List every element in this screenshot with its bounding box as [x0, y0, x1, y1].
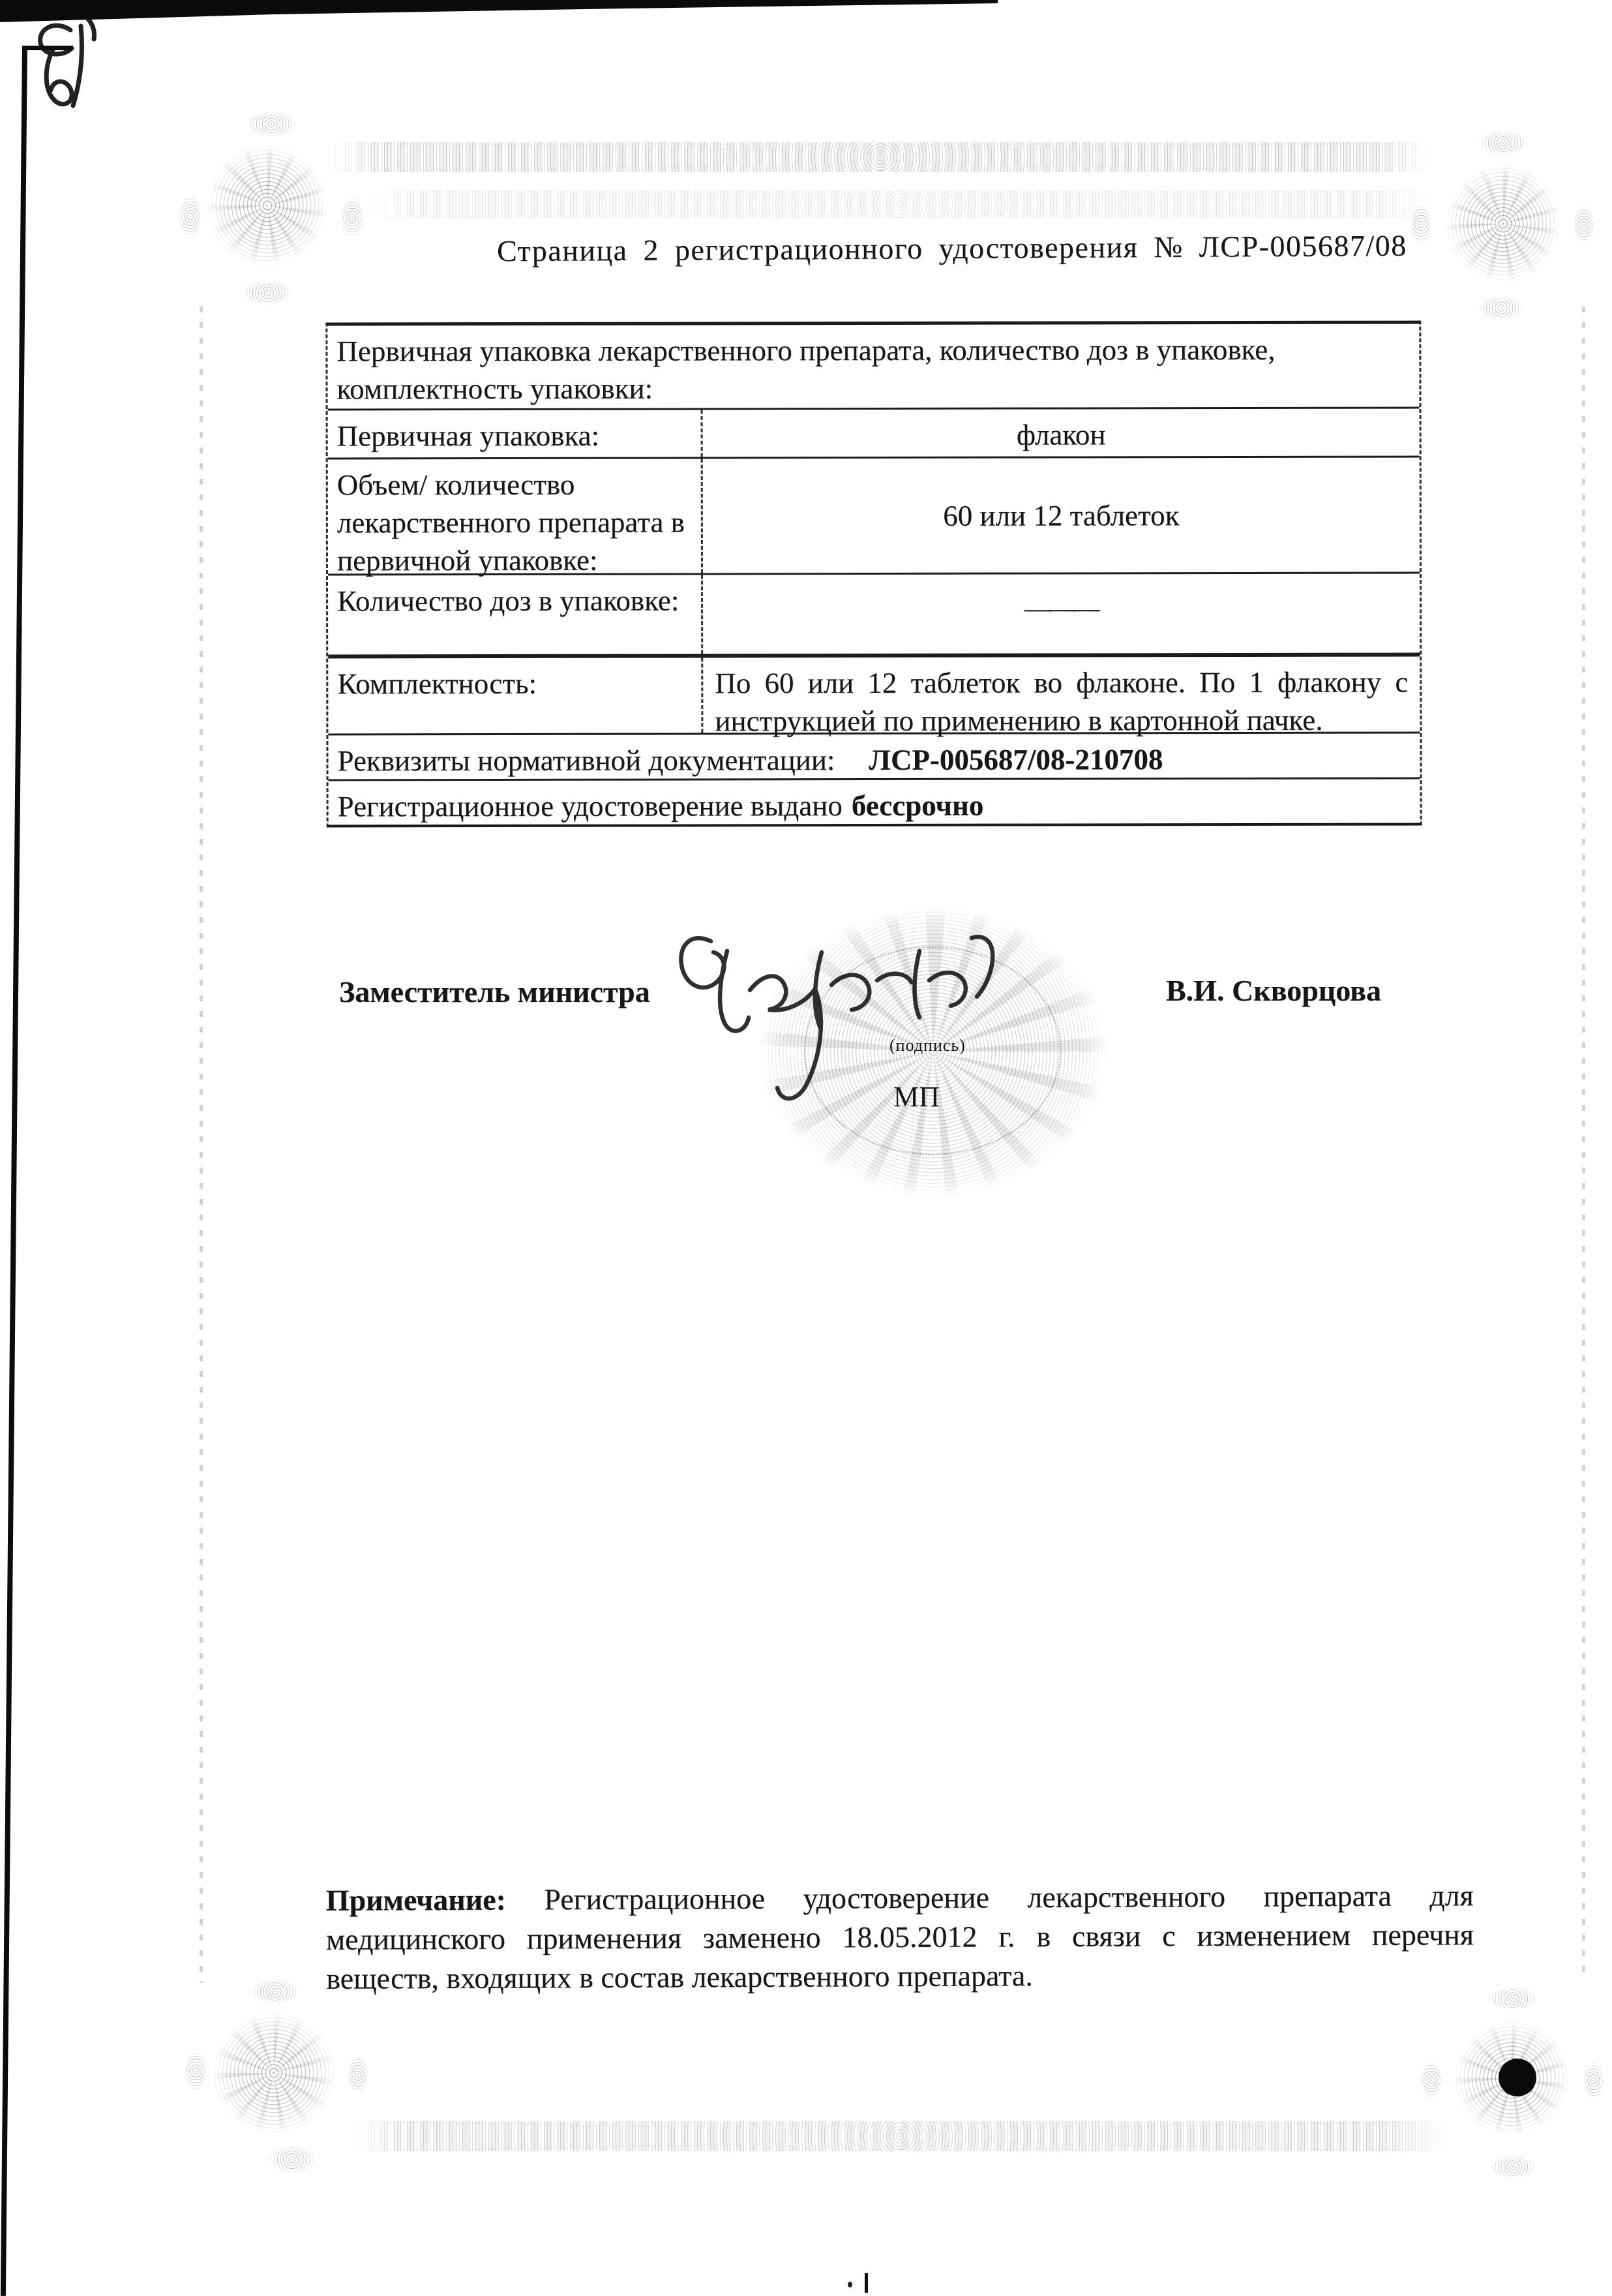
rosette-ornament-top-right	[1441, 160, 1565, 288]
validity-term: бессрочно	[852, 789, 984, 822]
note-line: медицинского применения заменено 18.05.2…	[326, 1915, 1474, 1959]
rosette-satellite	[243, 110, 300, 138]
table-row: Первичная упаковка: флакон	[328, 409, 1420, 460]
table-cell-value: По 60 или 12 таблеток во флаконе. По 1 ф…	[703, 657, 1420, 733]
scan-edge-artifact-left	[1, 46, 27, 2296]
table-cell-inline: Регистрационное удостоверение выданобесс…	[329, 779, 1420, 825]
table-cell-label: Первичная упаковка лекарственного препар…	[327, 324, 1419, 409]
signature-caption: (подпись)	[889, 1036, 966, 1055]
rosette-satellite	[183, 2048, 209, 2094]
rosette-satellite	[1475, 129, 1531, 157]
signature-scribble	[665, 912, 1030, 1127]
signatory-title: Заместитель министра	[339, 974, 650, 1009]
rosette-ornament-top-left	[202, 140, 333, 271]
guilloche-band-bottom	[352, 2121, 1448, 2151]
table-cell-value: 60 или 12 таблеток	[703, 458, 1420, 573]
rosette-satellite	[1419, 2059, 1444, 2102]
scan-edge-artifact-top	[0, 0, 998, 23]
scan-speck	[848, 2282, 852, 2288]
rosette-satellite	[1475, 295, 1527, 321]
page-title: Страница 2 регистрационного удостоверени…	[497, 228, 1407, 269]
table-cell-value-dash: ———	[703, 574, 1420, 654]
table-cell-value: флакон	[703, 409, 1420, 457]
rosette-satellite	[346, 2053, 370, 2095]
packaging-table: Первичная упаковка лекарственного препар…	[325, 321, 1422, 828]
signatory-name: В.И. Скворцова	[1166, 973, 1381, 1008]
guilloche-line-left	[200, 307, 203, 1983]
table-cell-label: Первичная упаковка:	[328, 410, 703, 457]
table-cell-label: Реквизиты нормативной документации:	[337, 744, 835, 777]
table-row: Реквизиты нормативной документации:ЛСР-0…	[328, 734, 1420, 781]
scanned-certificate-page: Страница 2 регистрационного удостоверени…	[0, 0, 1612, 2296]
note-line: веществ, входящих в состав лекарственног…	[326, 1954, 1474, 1999]
table-row: Объем/ количество лекарственного препара…	[328, 458, 1420, 576]
rosette-satellite	[339, 194, 365, 240]
table-cell-inline: Реквизиты нормативной документации:ЛСР-0…	[328, 734, 1420, 779]
rosette-satellite	[248, 1978, 303, 2005]
table-cell-label: Регистрационное удостоверение выдано	[338, 789, 843, 823]
table-cell-label: Комплектность:	[328, 657, 703, 733]
rosette-satellite	[240, 279, 295, 307]
guilloche-line-right	[1582, 307, 1585, 1976]
note-line: Примечание: Регистрационное удостоверени…	[326, 1876, 1474, 1920]
rosette-satellite	[1582, 2060, 1605, 2102]
note-label: Примечание:	[326, 1883, 506, 1917]
table-cell-label: Количество доз в упаковке:	[328, 575, 703, 654]
scan-speck	[865, 2273, 868, 2293]
seal-center-dot	[1499, 2059, 1536, 2096]
handwritten-mark	[25, 14, 110, 119]
seal-place-caption: МП	[893, 1080, 940, 1113]
rosette-satellite	[1572, 204, 1596, 247]
guilloche-band-top	[329, 142, 1431, 172]
rosette-satellite	[266, 2145, 318, 2175]
rosette-satellite	[1487, 2154, 1539, 2180]
table-cell-label: Объем/ количество лекарственного препара…	[328, 459, 703, 573]
regulatory-doc-number: ЛСР-005687/08-210708	[869, 743, 1163, 776]
rosette-satellite	[177, 192, 203, 241]
note-text: Регистрационное удостоверение лекарствен…	[544, 1879, 1474, 1916]
table-row: Комплектность: По 60 или 12 таблеток во …	[328, 657, 1420, 736]
table-row: Регистрационное удостоверение выданобесс…	[329, 779, 1420, 825]
rosette-satellite	[1485, 1986, 1540, 2012]
rosette-ornament-bottom-left	[207, 2008, 340, 2138]
table-row: Первичная упаковка лекарственного препар…	[327, 324, 1419, 411]
table-row: Количество доз в упаковке: ———	[328, 574, 1420, 659]
guilloche-band-top-faint	[365, 190, 1435, 218]
note-paragraph: Примечание: Регистрационное удостоверени…	[326, 1876, 1474, 1999]
